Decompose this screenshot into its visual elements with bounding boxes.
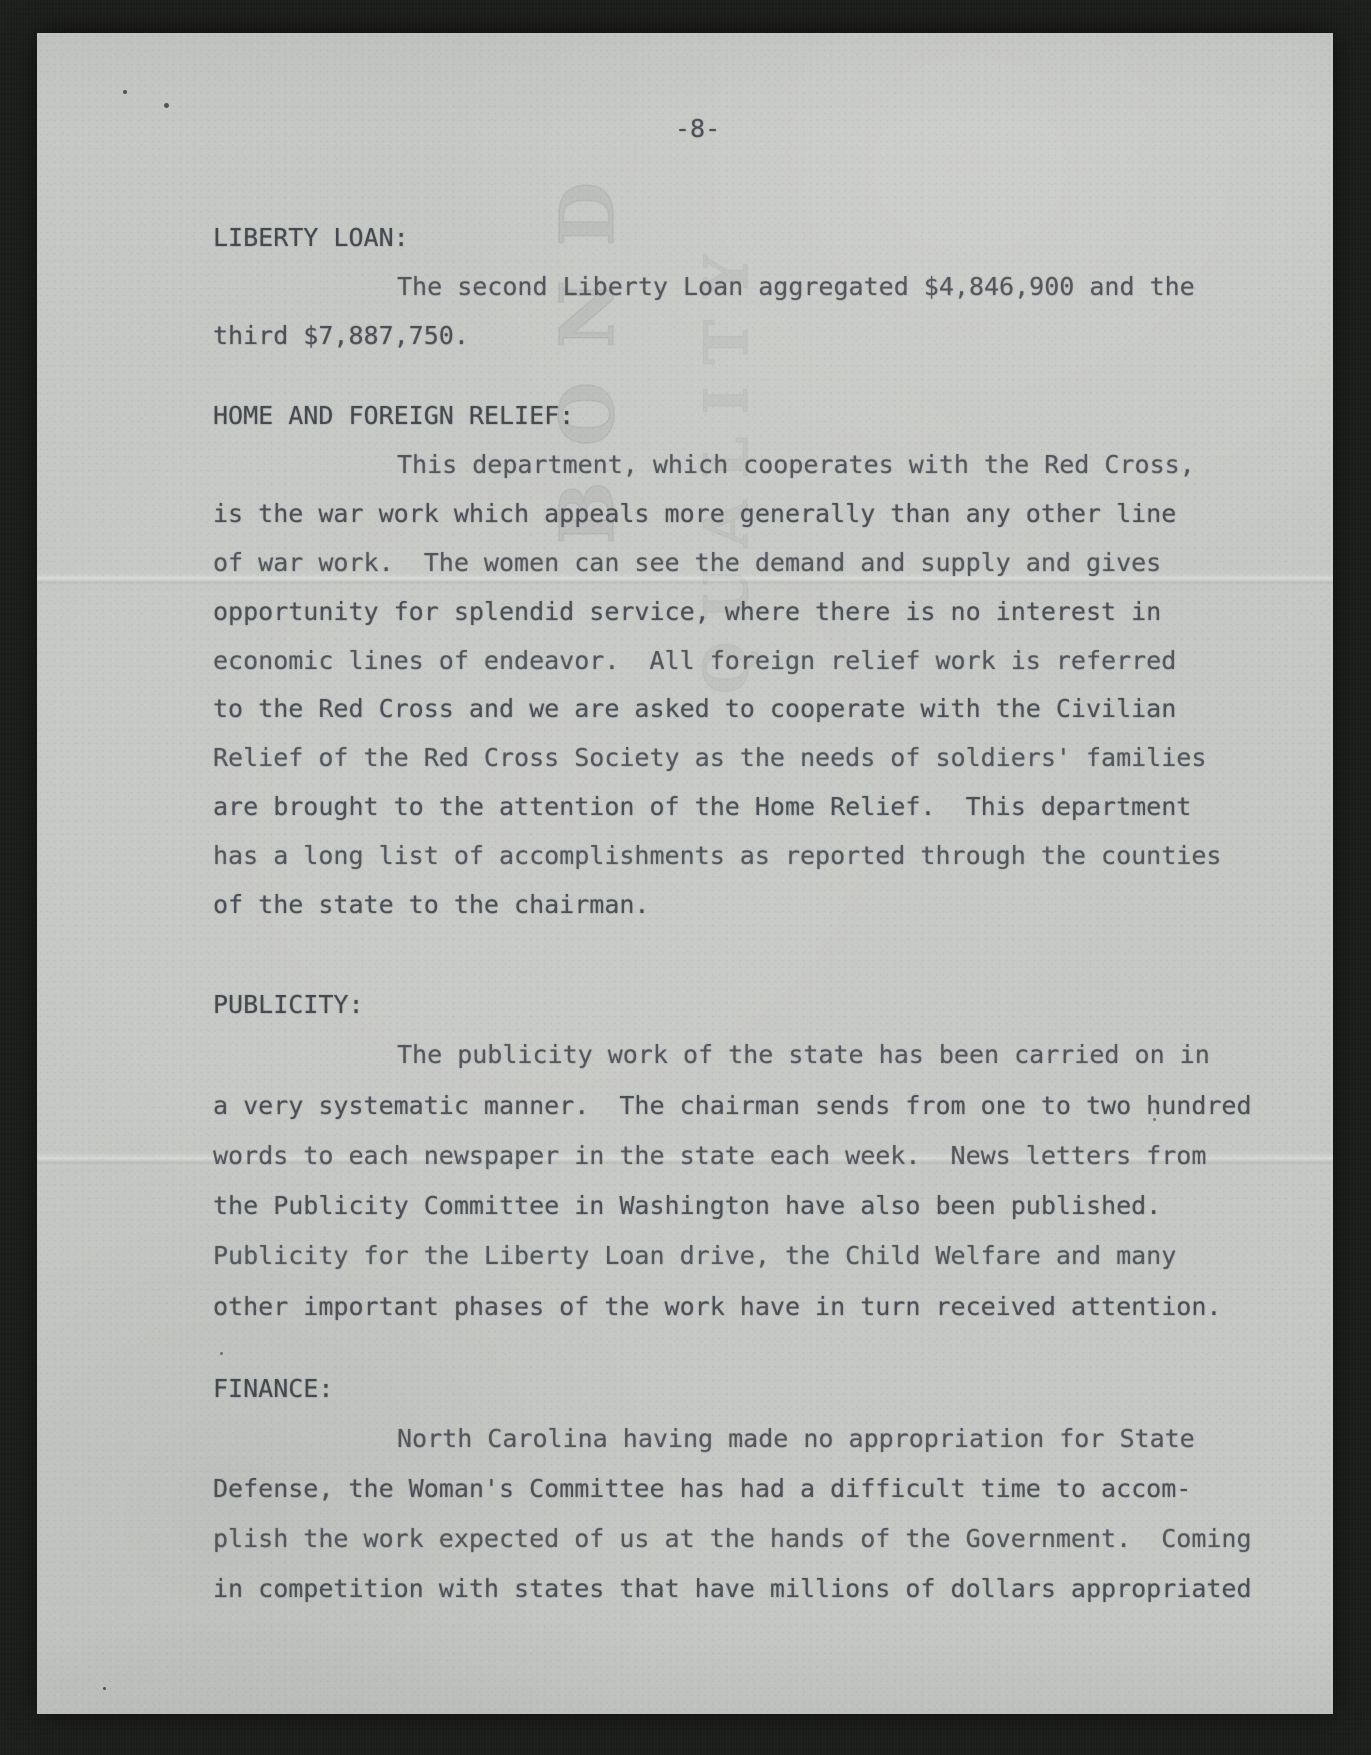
text-line: The second Liberty Loan aggregated $4,84…	[213, 262, 1303, 311]
text-line: are brought to the attention of the Home…	[213, 783, 1303, 832]
text-line: Defense, the Woman's Committee has had a…	[213, 1464, 1303, 1514]
section-liberty-loan: LIBERTY LOAN: The second Liberty Loan ag…	[213, 213, 1303, 360]
text-line: has a long list of accomplishments as re…	[213, 832, 1303, 881]
text-line: The publicity work of the state has been…	[213, 1030, 1303, 1080]
text-line: to the Red Cross and we are asked to coo…	[213, 685, 1303, 734]
ink-speck	[103, 1687, 106, 1690]
text-line: a very systematic manner. The chairman s…	[213, 1081, 1303, 1131]
text-line: words to each newspaper in the state eac…	[213, 1131, 1303, 1181]
text-line: in competition with states that have mil…	[213, 1564, 1303, 1614]
text-line: the Publicity Committee in Washington ha…	[213, 1181, 1303, 1231]
ink-speck	[123, 90, 127, 94]
text-line: is the war work which appeals more gener…	[213, 490, 1303, 539]
section-heading: LIBERTY LOAN:	[213, 213, 1303, 262]
text-line: plish the work expected of us at the han…	[213, 1514, 1303, 1564]
section-heading: PUBLICITY:	[213, 980, 1303, 1030]
document-page: BOND QUALITY -8- LIBERTY LOAN: The secon…	[37, 33, 1333, 1714]
scan-background: { "doc": { "page_number": "-8-", "waterm…	[0, 0, 1371, 1755]
text-line: opportunity for splendid service, where …	[213, 588, 1303, 637]
section-heading: FINANCE:	[213, 1364, 1303, 1414]
text-line: Relief of the Red Cross Society as the n…	[213, 734, 1303, 783]
section-heading: HOME AND FOREIGN RELIEF:	[213, 392, 1303, 441]
text-line: This department, which cooperates with t…	[213, 441, 1303, 490]
section-publicity: PUBLICITY: The publicity work of the sta…	[213, 980, 1303, 1332]
ink-speck	[164, 103, 169, 108]
text-line: other important phases of the work have …	[213, 1282, 1303, 1332]
text-line: of the state to the chairman.	[213, 881, 1303, 930]
text-line: North Carolina having made no appropriat…	[213, 1414, 1303, 1464]
text-line: of war work. The women can see the deman…	[213, 539, 1303, 588]
page-number: -8-	[675, 104, 720, 153]
text-line: economic lines of endeavor. All foreign …	[213, 637, 1303, 686]
ink-speck	[220, 1352, 223, 1355]
text-line: Publicity for the Liberty Loan drive, th…	[213, 1231, 1303, 1281]
text-line: third $7,887,750.	[213, 311, 1303, 360]
section-home-and-foreign-relief: HOME AND FOREIGN RELIEF: This department…	[213, 392, 1303, 930]
section-finance: FINANCE: North Carolina having made no a…	[213, 1364, 1303, 1614]
